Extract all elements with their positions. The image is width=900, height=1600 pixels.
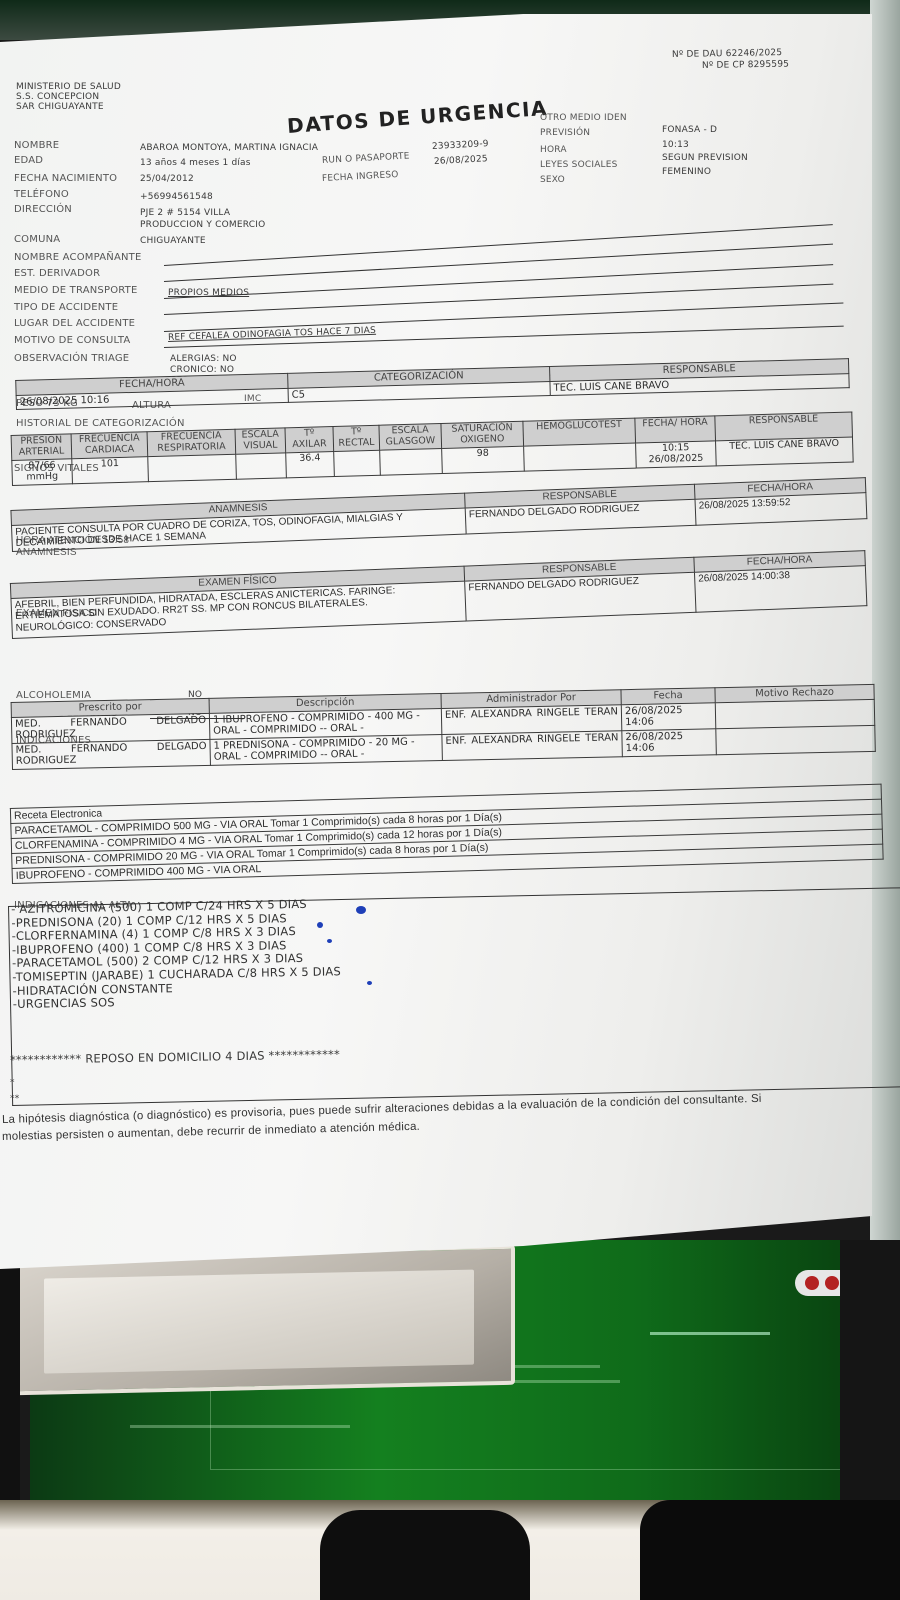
alcoholemia-label: ALCOHOLEMIA <box>16 690 91 701</box>
direccion-value-2: PRODUCCION Y COMERCIO <box>140 220 265 230</box>
lugar-accidente-field <box>164 303 843 332</box>
trail-marker: * <box>10 1078 15 1088</box>
transporte-label: MEDIO DE TRANSPORTE <box>14 285 138 296</box>
trail-marker: ** <box>10 1094 19 1104</box>
otro-medio-label: OTRO MEDIO IDEN <box>540 113 627 123</box>
telefono-value: +56994561548 <box>140 192 213 202</box>
leyes-sociales-value: SEGUN PREVISION <box>662 153 748 163</box>
motivo-label: MOTIVO DE CONSULTA <box>14 335 130 346</box>
anamnesis-table: ANAMNESIS RESPONSABLE FECHA/HORA PACIENT… <box>10 477 867 551</box>
col-t-axilar: Tº AXILAR <box>285 427 334 453</box>
telefono-label: TELÉFONO <box>14 189 69 200</box>
col-glasgow: ESCALA GLASGOW <box>379 423 442 450</box>
rejection-reason <box>716 725 876 754</box>
institution-line: S.S. CONCEPCION <box>16 92 121 102</box>
fr-value <box>148 454 237 481</box>
institution-line: MINISTERIO DE SALUD <box>16 82 121 92</box>
edad-value: 13 años 4 meses 1 días <box>140 158 251 168</box>
tray-inner <box>44 1270 474 1374</box>
categorization-table: FECHA/HORA CATEGORIZACIÓN RESPONSABLE 26… <box>15 358 849 410</box>
box-text-line <box>650 1332 770 1335</box>
nombre-value: ABAROA MONTOYA, MARTINA IGNACIA <box>140 143 318 153</box>
page-title: DATOS DE URGENCIA <box>286 96 548 138</box>
administrator: ENF. ALEXANDRA RINGELE TERAN <box>441 704 622 734</box>
examen-fecha: 26/08/2025 14:00:38 <box>694 565 866 612</box>
dau-number: Nº DE DAU 62246/2025 <box>672 48 782 60</box>
vitals-responsable-value: TEC. LUIS CANE BRAVO <box>716 437 854 466</box>
run-value: 23933209-9 <box>432 139 489 152</box>
saturacion-value: 98 <box>442 446 525 473</box>
cp-number: Nº DE CP 8295595 <box>702 59 789 71</box>
administrator: ENF. ALEXANDRA RINGELE TERAN <box>442 730 623 760</box>
derivador-field <box>164 244 833 282</box>
description: 1 PREDNISONA - COMPRIMIDO - 20 MG - ORAL… <box>210 734 442 765</box>
leyes-sociales-label: LEYES SOCIALES <box>540 160 618 170</box>
categorization-title: HISTORIAL DE CATEGORIZACIÓN <box>16 418 185 429</box>
institution-line: SAR CHIGUAYANTE <box>16 102 121 112</box>
vitals-fecha-value: 10:15 26/08/2025 <box>636 441 717 468</box>
comuna-label: COMUNA <box>14 234 60 245</box>
transporte-field <box>164 264 833 299</box>
hgt-value <box>524 443 637 471</box>
prescription-table: Receta Electronica PARACETAMOL - COMPRIM… <box>10 784 884 885</box>
ink-mark <box>327 939 332 943</box>
col-escala-visual: ESCALA VISUAL <box>235 428 286 454</box>
fecha-nacimiento-value: 25/04/2012 <box>140 174 194 184</box>
prescriber: MED. FERNANDO DELGADO RODRIGUEZ <box>12 739 211 769</box>
rejection-reason <box>715 699 875 728</box>
acompanante-label: NOMBRE ACOMPAÑANTE <box>14 252 142 263</box>
tipo-accidente-label: TIPO DE ACCIDENTE <box>14 302 118 313</box>
indications-table: Prescrito por Descripción Administrador … <box>11 684 876 770</box>
sexo-label: SEXO <box>540 175 565 185</box>
hora-label: HORA <box>540 145 567 155</box>
nombre-label: NOMBRE <box>14 140 59 151</box>
col-responsable: RESPONSABLE <box>715 412 853 441</box>
glasgow-value <box>380 448 443 475</box>
box-text-line <box>130 1425 350 1428</box>
col-fr: FRECUENCIA RESPIRATORIA <box>147 429 236 456</box>
col-hgt: HEMOGLUCOTEST <box>523 418 636 446</box>
discharge-list: - AZITROMICINA (500) 1 COMP C/24 HRS X 5… <box>11 897 341 1011</box>
direccion-value-1: PJE 2 # 5154 VILLA <box>140 208 230 218</box>
fecha-nacimiento-label: FECHA NACIMIENTO <box>14 173 117 184</box>
hora-value: 10:13 <box>662 140 689 150</box>
lugar-accidente-label: LUGAR DEL ACCIDENTE <box>14 318 135 329</box>
sexo-value: FEMENINO <box>662 167 711 177</box>
fc-value: 101 <box>72 457 149 484</box>
acompanante-field <box>164 224 833 266</box>
escala-visual-value <box>236 453 287 479</box>
fecha-ingreso-value: 26/08/2025 <box>434 154 488 167</box>
anamnesis-fecha: 26/08/2025 13:59:52 <box>695 492 867 525</box>
prescription-title: Receta Electronica <box>14 807 102 821</box>
col-saturacion: SATURACIÓN OXIGENO <box>441 421 524 448</box>
derivador-label: EST. DERIVADOR <box>14 268 100 279</box>
ink-mark <box>317 922 323 928</box>
background-shoe <box>320 1510 530 1600</box>
prevision-value: FONASA - D <box>662 125 717 135</box>
col-presion: PRESION ARTERIAL <box>11 434 72 461</box>
col-fc: FRECUENCIA CARDIACA <box>71 432 148 459</box>
examen-responsable: FERNANDO DELGADO RODRIGUEZ <box>465 572 696 621</box>
col-t-rectal: Tº RECTAL <box>333 425 380 451</box>
presion-value: 87/66 mmHg <box>12 459 73 486</box>
fecha-ingreso-label: FECHA INGRESO <box>322 170 399 184</box>
institution-block: MINISTERIO DE SALUD S.S. CONCEPCION SAR … <box>16 82 121 112</box>
edad-label: EDAD <box>14 155 43 166</box>
background-tray <box>10 1245 515 1396</box>
administered-date: 26/08/2025 14:06 <box>622 728 717 756</box>
triage-line: ALERGIAS: NO <box>170 354 257 365</box>
t-rectal-value <box>334 450 381 476</box>
prevision-label: PREVISIÓN <box>540 128 590 138</box>
administered-date: 26/08/2025 14:06 <box>621 702 716 730</box>
col-fecha-hora: FECHA/ HORA <box>635 416 716 443</box>
examen-table: EXAMEN FÍSICO RESPONSABLE FECHA/HORA AFE… <box>10 550 867 638</box>
run-label: RUN O PASAPORTE <box>322 151 410 166</box>
ink-mark <box>356 906 366 914</box>
emergency-record: MINISTERIO DE SALUD S.S. CONCEPCION SAR … <box>0 0 900 1250</box>
t-axilar-value: 36.4 <box>286 451 335 477</box>
comuna-value: CHIGUAYANTE <box>140 236 206 246</box>
background-shoe <box>640 1500 900 1600</box>
triage-label: OBSERVACIÓN TRIAGE <box>14 353 129 364</box>
direccion-label: DIRECCIÓN <box>14 204 72 215</box>
ink-mark <box>367 981 372 985</box>
tipo-accidente-field <box>164 284 833 315</box>
